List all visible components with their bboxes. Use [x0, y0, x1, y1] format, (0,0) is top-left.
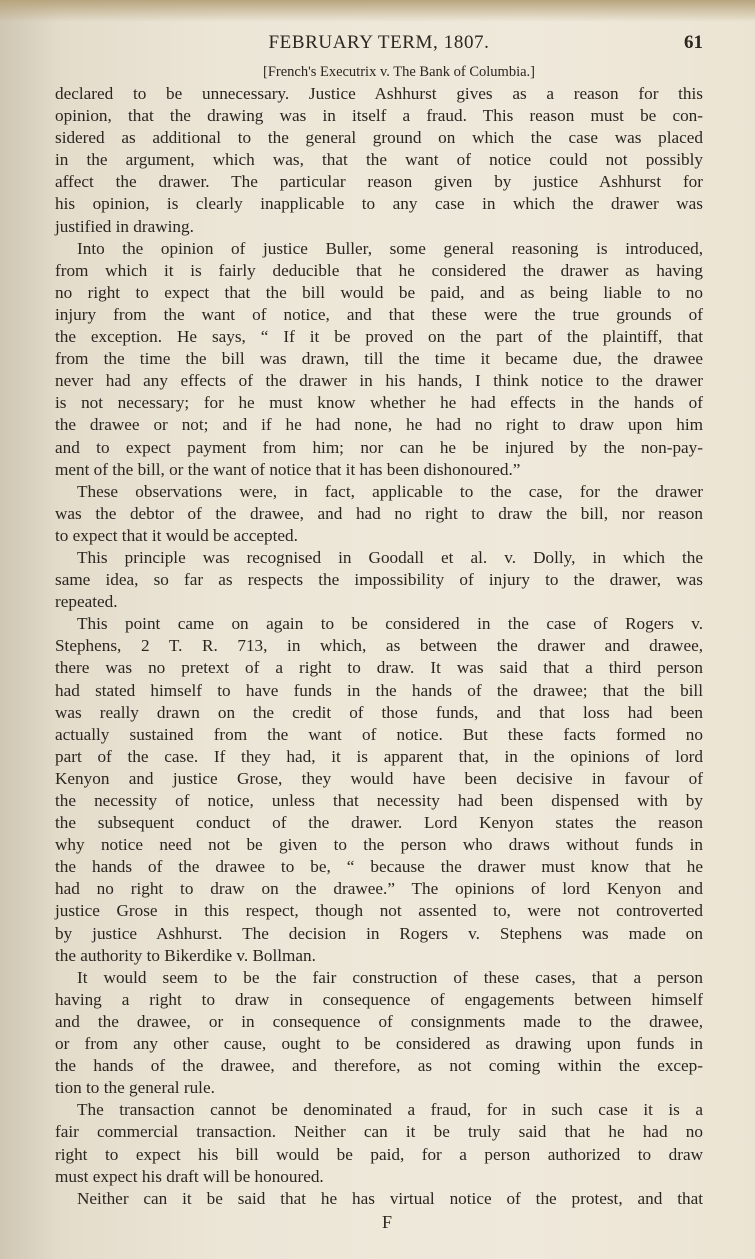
text-line: or from any other cause, ought to be con…: [55, 1033, 703, 1055]
text-line: the subsequent conduct of the drawer. Lo…: [55, 812, 703, 834]
paragraph: It would seem to be the fair constructio…: [55, 967, 703, 1100]
text-line: Neither can it be said that he has virtu…: [55, 1188, 703, 1210]
paragraph: This principle was recognised in Goodall…: [55, 547, 703, 613]
running-title: FEBRUARY TERM, 1807.: [55, 32, 703, 54]
paragraph: Into the opinion of justice Buller, some…: [55, 238, 703, 481]
page-top-shadow: [0, 0, 755, 22]
text-line: justified in drawing.: [55, 216, 703, 238]
text-line: affect the drawer. The particular reason…: [55, 171, 703, 193]
text-line: why notice need not be given to the pers…: [55, 834, 703, 856]
paragraph: Neither can it be said that he has virtu…: [55, 1188, 703, 1210]
signature-mark: F: [71, 1212, 703, 1233]
page-number: 61: [684, 32, 703, 54]
text-line: had stated himself to have funds in the …: [55, 680, 703, 702]
text-line: is not necessary; for he must know wheth…: [55, 392, 703, 414]
text-line: Kenyon and justice Grose, they would hav…: [55, 768, 703, 790]
text-line: justice Grose in this respect, though no…: [55, 900, 703, 922]
text-line: sidered as additional to the general gro…: [55, 127, 703, 149]
text-line: must expect his draft will be honoured.: [55, 1166, 703, 1188]
text-line: never had any effects of the drawer in h…: [55, 370, 703, 392]
text-line: the authority to Bikerdike v. Bollman.: [55, 945, 703, 967]
text-line: his opinion, is clearly inapplicable to …: [55, 193, 703, 215]
text-line: to expect that it would be accepted.: [55, 525, 703, 547]
text-line: injury from the want of notice, and that…: [55, 304, 703, 326]
text-line: the necessity of notice, unless that nec…: [55, 790, 703, 812]
text-line: from the time the bill was drawn, till t…: [55, 348, 703, 370]
text-line: and to expect payment from him; nor can …: [55, 437, 703, 459]
text-line: These observations were, in fact, applic…: [55, 481, 703, 503]
text-line: This point came on again to be considere…: [55, 613, 703, 635]
paragraph: The transaction cannot be denominated a …: [55, 1099, 703, 1187]
text-line: part of the case. If they had, it is app…: [55, 746, 703, 768]
text-line: having a right to draw in consequence of…: [55, 989, 703, 1011]
text-line: fair commercial transaction. Neither can…: [55, 1121, 703, 1143]
paragraph: These observations were, in fact, applic…: [55, 481, 703, 547]
text-line: tion to the general rule.: [55, 1077, 703, 1099]
book-page: FEBRUARY TERM, 1807. 61 [French's Execut…: [55, 30, 703, 1233]
case-caption: [French's Executrix v. The Bank of Colum…: [95, 64, 703, 81]
text-line: The transaction cannot be denominated a …: [55, 1099, 703, 1121]
text-line: and the drawee, or in consequence of con…: [55, 1011, 703, 1033]
text-line: actually sustained from the want of noti…: [55, 724, 703, 746]
text-line: declared to be unnecessary. Justice Ashh…: [55, 83, 703, 105]
text-line: there was no pretext of a right to draw.…: [55, 657, 703, 679]
text-line: Stephens, 2 T. R. 713, in which, as betw…: [55, 635, 703, 657]
body-text: declared to be unnecessary. Justice Ashh…: [55, 83, 703, 1210]
text-line: the exception. He says, “ If it be prove…: [55, 326, 703, 348]
text-line: the drawee or not; and if he had none, h…: [55, 414, 703, 436]
text-line: right to expect his bill would be paid, …: [55, 1144, 703, 1166]
text-line: Into the opinion of justice Buller, some…: [55, 238, 703, 260]
text-line: This principle was recognised in Goodall…: [55, 547, 703, 569]
text-line: opinion, that the drawing was in itself …: [55, 105, 703, 127]
text-line: same idea, so far as respects the imposs…: [55, 569, 703, 591]
text-line: was the debtor of the drawee, and had no…: [55, 503, 703, 525]
running-head: FEBRUARY TERM, 1807. 61: [55, 30, 703, 56]
text-line: from which it is fairly deducible that h…: [55, 260, 703, 282]
paragraph: declared to be unnecessary. Justice Ashh…: [55, 83, 703, 238]
text-line: no right to expect that the bill would b…: [55, 282, 703, 304]
text-line: was really drawn on the credit of those …: [55, 702, 703, 724]
text-line: repeated.: [55, 591, 703, 613]
text-line: the hands of the drawee, and therefore, …: [55, 1055, 703, 1077]
text-line: It would seem to be the fair constructio…: [55, 967, 703, 989]
text-line: ment of the bill, or the want of notice …: [55, 459, 703, 481]
text-line: had no right to draw on the drawee.” The…: [55, 878, 703, 900]
text-line: by justice Ashhurst. The decision in Rog…: [55, 923, 703, 945]
text-line: in the argument, which was, that the wan…: [55, 149, 703, 171]
paragraph: This point came on again to be considere…: [55, 613, 703, 967]
text-line: the hands of the drawee to be, “ because…: [55, 856, 703, 878]
